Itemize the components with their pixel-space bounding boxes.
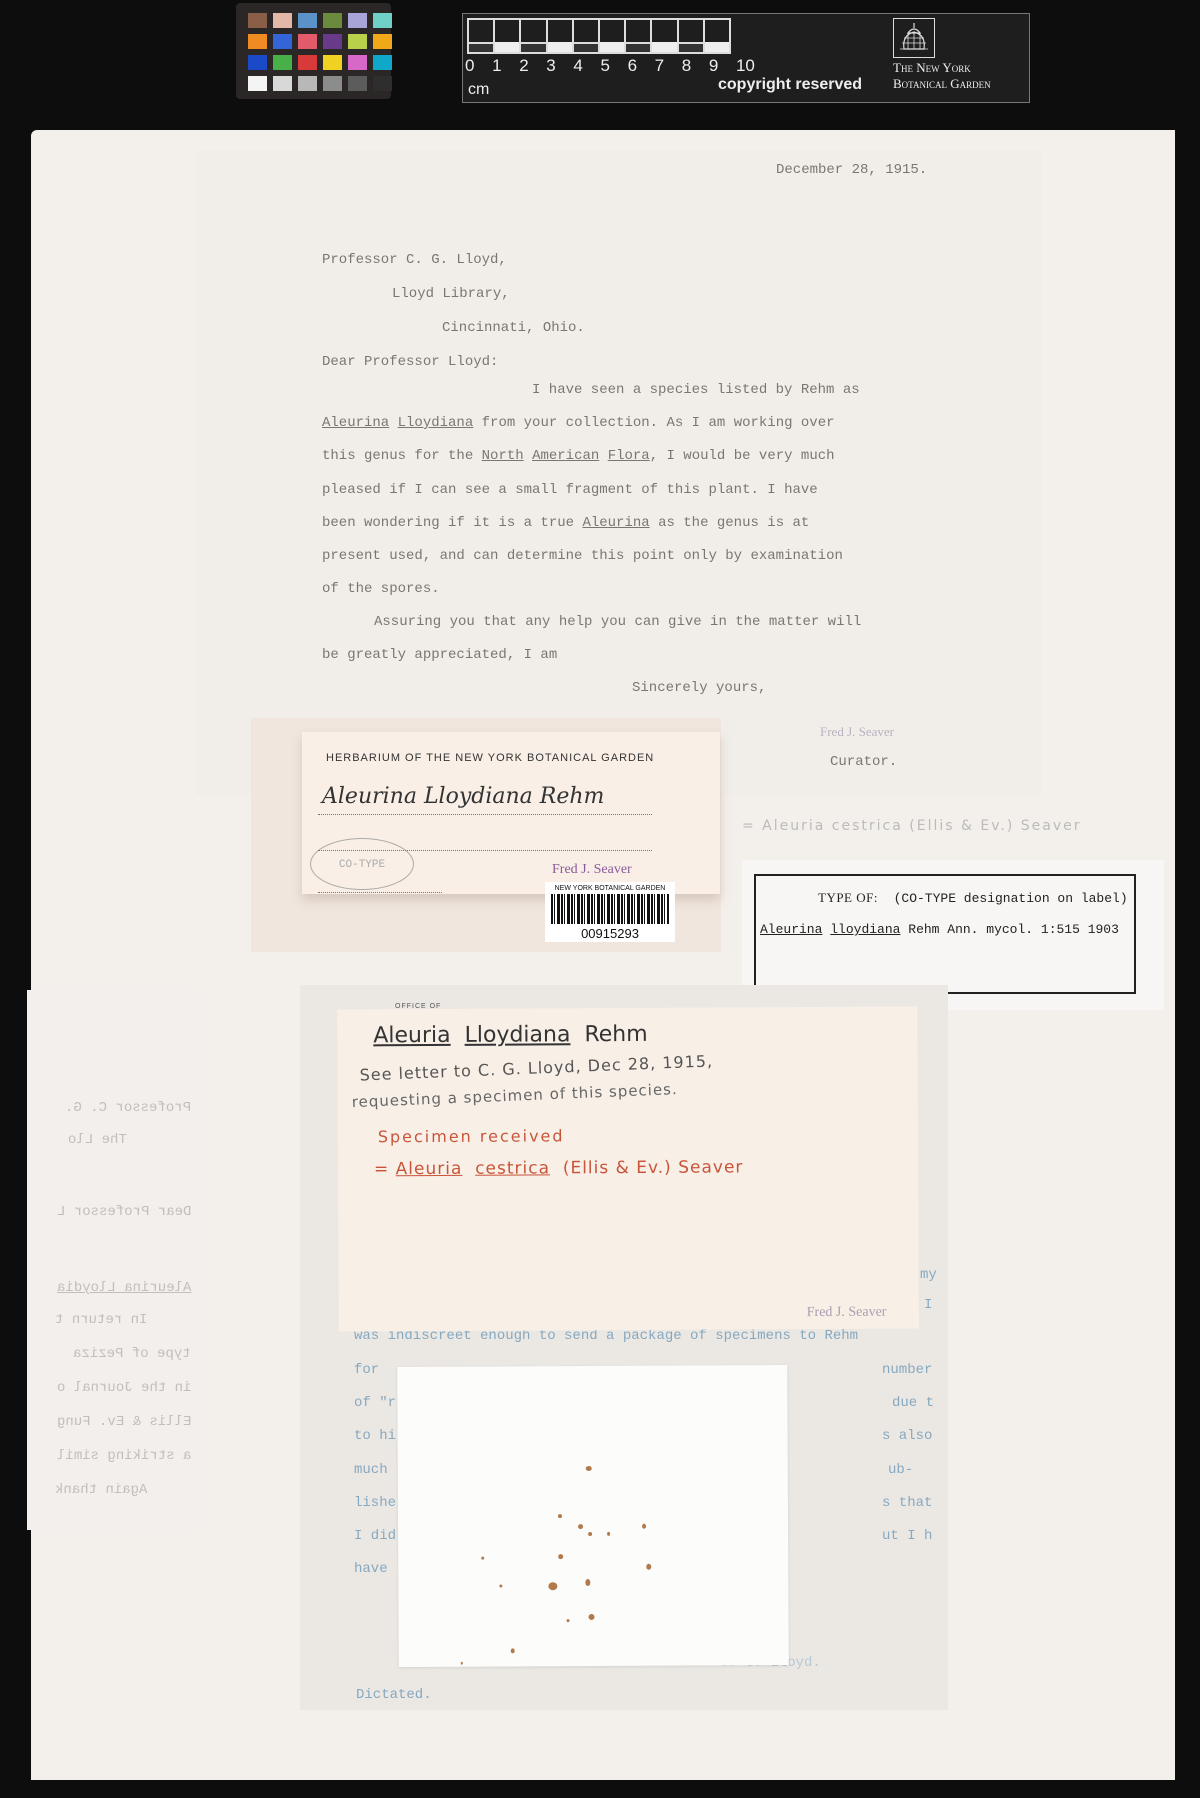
handwritten-red-note: Specimen received bbox=[378, 1126, 565, 1146]
color-calibration-card bbox=[236, 3, 391, 99]
equals-sign: = bbox=[374, 1159, 389, 1179]
ruler-tick-label: 1 bbox=[492, 56, 501, 76]
color-swatch bbox=[373, 76, 392, 91]
spore-fragment bbox=[586, 1466, 592, 1471]
addressee-line: Cincinnati, Ohio. bbox=[442, 320, 585, 336]
barcode-institution: NEW YORK BOTANICAL GARDEN bbox=[545, 885, 675, 892]
body-line: this genus for the North American Flora,… bbox=[322, 448, 835, 464]
reply-text: s also bbox=[882, 1428, 932, 1444]
color-swatch bbox=[348, 76, 367, 91]
body-line: of the spores. bbox=[322, 581, 440, 597]
spore-fragment bbox=[585, 1579, 590, 1586]
ruler-segment bbox=[574, 20, 600, 52]
dotted-line bbox=[318, 814, 652, 815]
body-line: Aleurina Lloydiana from your collection.… bbox=[322, 415, 835, 431]
color-swatch bbox=[348, 34, 367, 49]
color-swatch bbox=[323, 34, 342, 49]
copyright-notice: copyright reserved bbox=[718, 76, 862, 94]
ruler-tick-label: 3 bbox=[546, 56, 555, 76]
publication-title: North bbox=[482, 448, 524, 464]
reply-text: lishe bbox=[354, 1495, 396, 1511]
body-line: I have seen a species listed by Rehm as bbox=[532, 382, 860, 398]
text: been wondering if it is a true bbox=[322, 515, 582, 531]
type-note: (CO-TYPE designation on label) bbox=[894, 891, 1128, 906]
taxon-species: cestrica bbox=[475, 1158, 550, 1178]
type-prefix: TYPE OF: bbox=[818, 890, 878, 905]
body-line: pleased if I can see a small fragment of… bbox=[322, 482, 818, 498]
dotted-line bbox=[318, 892, 442, 893]
letter-to-lloyd: December 28, 1915. Professor C. G. Lloyd… bbox=[196, 150, 1042, 795]
signature-stamp: Fred J. Seaver bbox=[807, 1305, 887, 1321]
color-swatch bbox=[298, 13, 317, 28]
handwritten-red-synonym: = Aleuria cestrica (Ellis & Ev.) Seaver bbox=[374, 1157, 743, 1179]
spore-fragment bbox=[567, 1619, 570, 1622]
taxon-species: lloydiana bbox=[830, 922, 900, 937]
mirrored-text: in the Journal o bbox=[57, 1380, 191, 1396]
taxon-author: (Ellis & Ev.) Seaver bbox=[563, 1157, 744, 1178]
spore-fragment bbox=[607, 1532, 610, 1536]
reply-text: due t bbox=[892, 1395, 934, 1411]
publication-title: American bbox=[532, 448, 599, 464]
specimen-packet bbox=[397, 1365, 789, 1667]
spore-fragment bbox=[589, 1614, 595, 1620]
handwritten-note: requesting a specimen of this species. bbox=[351, 1080, 678, 1111]
signer-title: Curator. bbox=[830, 754, 897, 770]
mirrored-text: In return t bbox=[55, 1312, 147, 1328]
taxon-genus: Aleurina bbox=[760, 922, 822, 937]
color-swatch bbox=[298, 34, 317, 49]
text: as the genus is at bbox=[650, 515, 810, 531]
mirrored-text: type of Peziza bbox=[73, 1346, 191, 1362]
publication-title: Flora bbox=[608, 448, 650, 464]
color-swatch bbox=[248, 55, 267, 70]
ruler-tick-label: 5 bbox=[600, 56, 609, 76]
body-line: present used, and can determine this poi… bbox=[322, 548, 843, 564]
mirrored-text: Ellis & Ev. Fung bbox=[57, 1414, 191, 1430]
ruler-tick-label: 9 bbox=[709, 56, 718, 76]
reply-text: to hi bbox=[354, 1428, 396, 1444]
reply-text: ut I h bbox=[882, 1528, 932, 1544]
letter-date: December 28, 1915. bbox=[776, 162, 927, 178]
taxon-genus: Aleuria bbox=[373, 1023, 450, 1048]
ruler-segment bbox=[521, 20, 547, 52]
type-label-box: TYPE OF: (CO-TYPE designation on label) … bbox=[754, 874, 1136, 994]
spore-fragment bbox=[642, 1524, 646, 1529]
reply-text: much bbox=[354, 1462, 388, 1478]
ruler-tick-label: 7 bbox=[655, 56, 664, 76]
folded-reverse-letter: Professor C. G. The Llo Dear Professor L… bbox=[27, 990, 197, 1530]
conservatory-dome-icon bbox=[893, 18, 935, 58]
reply-text: I bbox=[924, 1297, 932, 1313]
ruler-tick-label: 4 bbox=[573, 56, 582, 76]
ruler-segment bbox=[600, 20, 626, 52]
spore-fragment bbox=[511, 1648, 515, 1653]
institution-name: The New York Botanical Garden bbox=[893, 60, 991, 92]
body-line: Assuring you that any help you can give … bbox=[374, 614, 861, 630]
taxon-species: Lloydiana bbox=[465, 1022, 571, 1048]
salutation: Dear Professor Lloyd: bbox=[322, 354, 498, 370]
label-heading: Herbarium of the New York Botanical Gard… bbox=[326, 752, 654, 764]
spore-fragment bbox=[499, 1584, 502, 1587]
color-swatch bbox=[373, 34, 392, 49]
spore-fragment bbox=[646, 1564, 651, 1570]
specimen-barcode: NEW YORK BOTANICAL GARDEN 00915293 bbox=[545, 882, 675, 942]
body-line: be greatly appreciated, I am bbox=[322, 647, 557, 663]
taxon-genus: Aleurina bbox=[322, 415, 389, 431]
ruler-tick-label: 10 bbox=[736, 56, 755, 76]
ruler-segment bbox=[548, 20, 574, 52]
mirrored-text: Aleurina Lloydia bbox=[57, 1280, 191, 1296]
addressee-line: Lloyd Library, bbox=[392, 286, 510, 302]
reply-text: my bbox=[920, 1267, 937, 1283]
color-swatch bbox=[273, 13, 292, 28]
institution-line: The New York bbox=[893, 60, 991, 76]
handwritten-note: See letter to C. G. Lloyd, Dec 28, 1915, bbox=[359, 1051, 713, 1084]
color-swatch bbox=[373, 13, 392, 28]
ruler-tick-label: 6 bbox=[628, 56, 637, 76]
type-label-line: Aleurina lloydiana Rehm Ann. mycol. 1:51… bbox=[760, 922, 1119, 937]
ruler-segment bbox=[469, 20, 495, 52]
reply-text: ub- bbox=[888, 1462, 913, 1478]
spore-fragment bbox=[588, 1532, 592, 1536]
signature-stamp: Fred J. Seaver bbox=[820, 724, 894, 740]
ruler-tick-label: 8 bbox=[682, 56, 691, 76]
spore-fragment bbox=[578, 1524, 583, 1529]
color-swatch bbox=[273, 76, 292, 91]
text: from your collection. As I am working ov… bbox=[473, 415, 834, 431]
color-swatch bbox=[373, 55, 392, 70]
institution-line: Botanical Garden bbox=[893, 76, 991, 92]
collector-stamp: Fred J. Seaver bbox=[552, 862, 632, 878]
color-swatch bbox=[323, 55, 342, 70]
spore-fragment bbox=[558, 1514, 562, 1518]
spore-fragment bbox=[548, 1582, 557, 1590]
mirrored-text: Dear Professor L bbox=[57, 1204, 191, 1220]
taxon-name-handwritten: Aleurina Lloydiana Rehm bbox=[322, 784, 604, 809]
ruler-segment bbox=[705, 20, 729, 52]
barcode-number: 00915293 bbox=[545, 926, 675, 941]
spore-fragment bbox=[481, 1557, 484, 1560]
color-swatch bbox=[323, 76, 342, 91]
spore-fragment bbox=[461, 1662, 463, 1665]
reply-text: have bbox=[354, 1561, 388, 1577]
cotype-stamp: CO-TYPE bbox=[310, 838, 414, 890]
reply-text: number bbox=[882, 1362, 932, 1378]
ruler-segment bbox=[495, 20, 521, 52]
annotation-card: Aleuria Lloydiana Rehm See letter to C. … bbox=[337, 1006, 919, 1331]
ruler-tick-label: 2 bbox=[519, 56, 528, 76]
dictated-note: Dictated. bbox=[356, 1687, 432, 1703]
mirrored-text: The Llo bbox=[68, 1132, 127, 1148]
taxon-genus: Aleuria bbox=[396, 1159, 463, 1179]
ruler-segment bbox=[679, 20, 705, 52]
mirrored-text: Again thank bbox=[55, 1482, 147, 1498]
text: , I would be very much bbox=[650, 448, 835, 464]
mirrored-text: Professor C. G. bbox=[65, 1100, 191, 1116]
reply-text: of "r bbox=[354, 1395, 396, 1411]
dotted-line bbox=[318, 850, 652, 851]
color-swatch bbox=[298, 55, 317, 70]
text: this genus for the bbox=[322, 448, 482, 464]
mirrored-text: a striking simil bbox=[57, 1448, 191, 1464]
taxon-author: Rehm bbox=[584, 1022, 647, 1047]
scale-ruler: 0 1 2 3 4 5 6 7 8 9 10 cm copyright rese… bbox=[462, 13, 1030, 103]
color-swatch bbox=[273, 34, 292, 49]
color-swatch bbox=[248, 76, 267, 91]
ruler-segment bbox=[626, 20, 652, 52]
color-swatch bbox=[248, 13, 267, 28]
reply-text: I did bbox=[354, 1528, 396, 1544]
spore-fragment bbox=[558, 1554, 563, 1559]
ruler-segment bbox=[652, 20, 678, 52]
herbarium-label: Herbarium of the New York Botanical Gard… bbox=[302, 732, 720, 894]
taxon-species: Lloydiana bbox=[398, 415, 474, 431]
color-swatch bbox=[348, 55, 367, 70]
reply-text: for bbox=[354, 1362, 379, 1378]
color-swatch bbox=[298, 76, 317, 91]
handwritten-taxon: Aleuria Lloydiana Rehm bbox=[373, 1022, 647, 1048]
citation: Rehm Ann. mycol. 1:515 1903 bbox=[908, 922, 1119, 937]
color-swatch bbox=[323, 13, 342, 28]
body-line: been wondering if it is a true Aleurina … bbox=[322, 515, 809, 531]
color-swatch bbox=[273, 55, 292, 70]
reply-text: s that bbox=[882, 1495, 932, 1511]
ruler-unit: cm bbox=[468, 81, 489, 99]
type-label-line: TYPE OF: (CO-TYPE designation on label) bbox=[818, 890, 1128, 906]
color-swatch bbox=[248, 34, 267, 49]
barcode-bars bbox=[551, 894, 669, 924]
closing: Sincerely yours, bbox=[632, 680, 766, 696]
addressee-line: Professor C. G. Lloyd, bbox=[322, 252, 507, 268]
color-swatch bbox=[348, 13, 367, 28]
ruler-tick-label: 0 bbox=[465, 56, 474, 76]
taxon-genus: Aleurina bbox=[582, 515, 649, 531]
ruler-numbers: 0 1 2 3 4 5 6 7 8 9 10 bbox=[465, 56, 755, 76]
synonym-annotation: = Aleuria cestrica (Ellis & Ev.) Seaver bbox=[742, 818, 1082, 834]
ruler-scale-bar bbox=[467, 18, 731, 54]
